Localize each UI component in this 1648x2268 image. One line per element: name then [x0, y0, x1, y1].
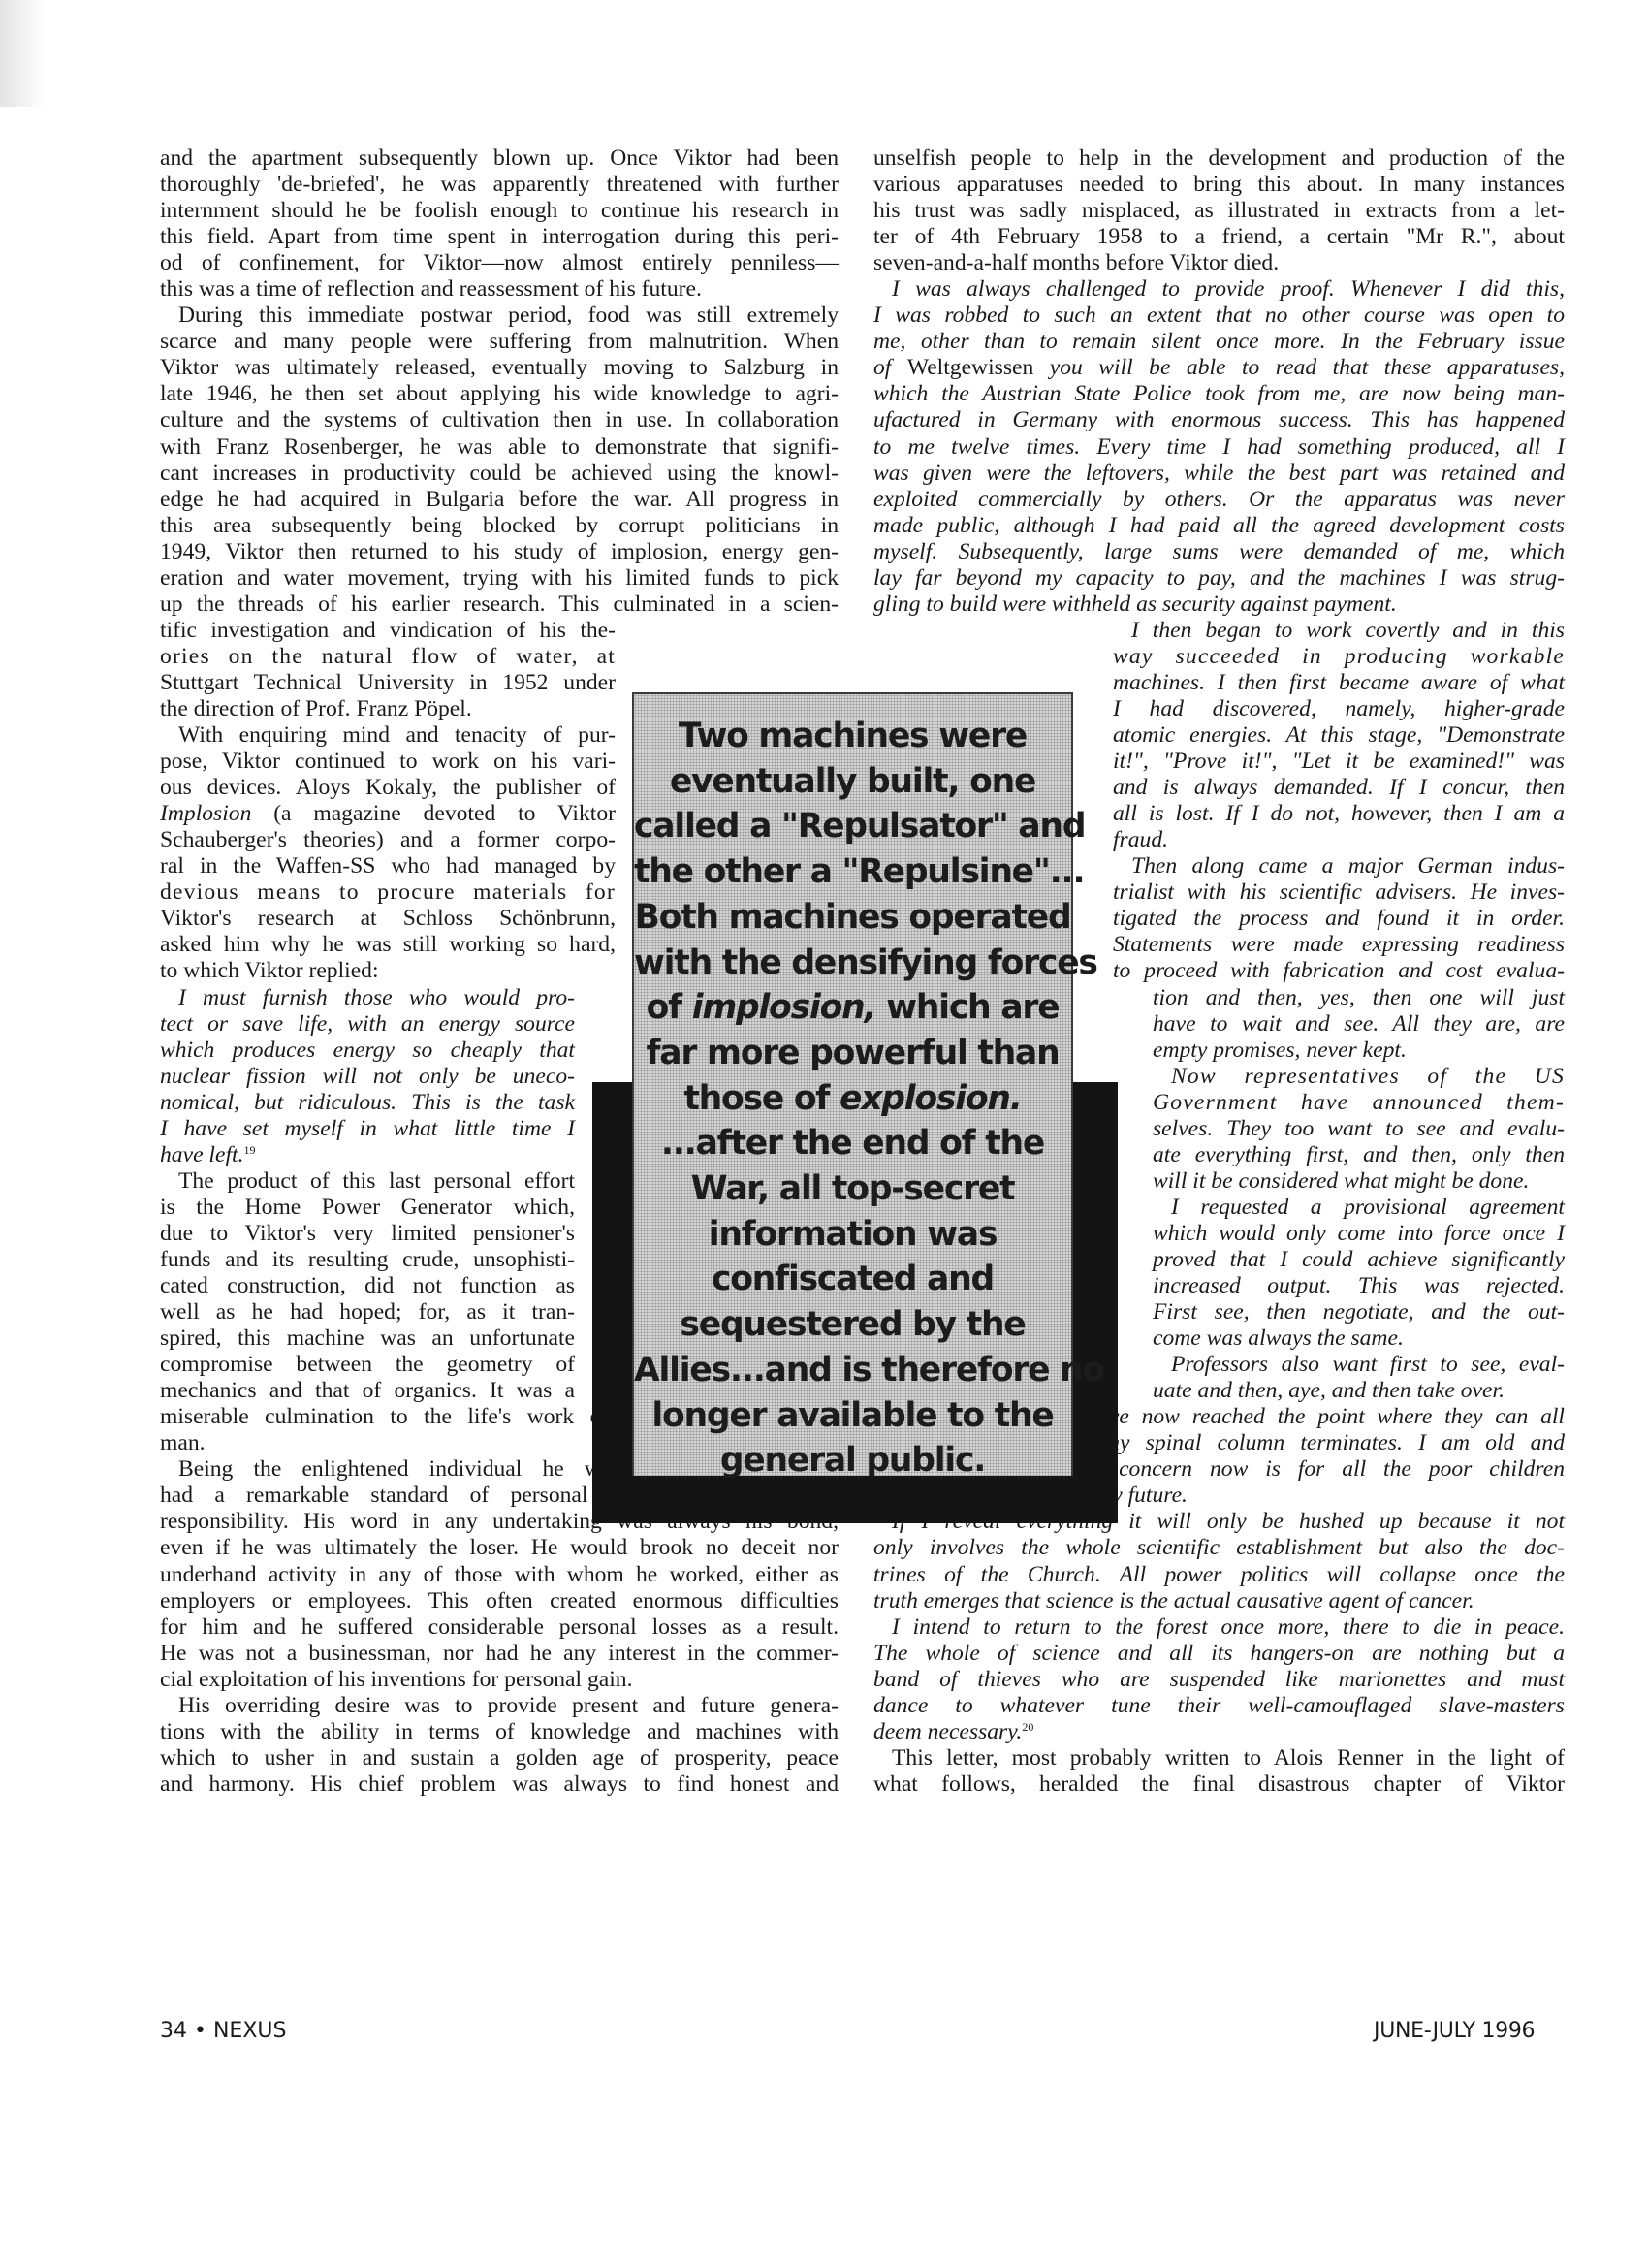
pull-quote-line: those of explosion. — [634, 1076, 1071, 1122]
text-line: due to Viktor's very limited pensioner's — [160, 1221, 575, 1247]
text-line: I had discovered, namely, higher-grade — [1113, 696, 1565, 722]
text-line: I requested a provisional agreement — [1153, 1195, 1565, 1221]
text-line: of Weltgewissen you will be able to read… — [873, 355, 1565, 381]
pull-quote-text: Two machines were eventually built, one … — [634, 714, 1071, 1484]
text-line: I then began to work covertly and in thi… — [1113, 618, 1565, 644]
magazine-title-weltgewissen: Weltgewissen — [907, 355, 1033, 380]
text-line: The product of this last personal effort — [160, 1168, 575, 1195]
text-line: various apparatuses needed to bring this… — [873, 172, 1565, 198]
text-line: unselfish people to help in the developm… — [873, 145, 1565, 172]
text-line: Viktor's research at Schloss Schönbrunn, — [160, 906, 616, 932]
text-line: will it be considered what might be done… — [1153, 1168, 1565, 1195]
text-line: mechanics and that of organics. It was a — [160, 1378, 575, 1404]
text-line: tion and then, yes, then one will just — [1153, 985, 1565, 1011]
text-line: well as he had hoped; for, as it tran- — [160, 1299, 575, 1326]
text-line: trialist with his scientific advisers. H… — [1113, 879, 1565, 906]
text-line: ories on the natural flow of water, at — [160, 644, 616, 670]
pull-quote-line: sequestered by the — [634, 1302, 1071, 1348]
text-line: fraud. — [1113, 827, 1565, 853]
pull-quote-line: the other a "Repulsine"... — [634, 849, 1071, 895]
text-line: internment should he be foolish enough t… — [160, 198, 839, 224]
text-line: it!", "Prove it!", "Let it be examined!"… — [1113, 749, 1565, 775]
text-line: eration and water movement, trying with … — [160, 565, 839, 591]
text-line: Government have announced them- — [1153, 1090, 1565, 1116]
text-line: edge he had acquired in Bulgaria before … — [160, 487, 839, 513]
text-line: cial exploitation of his inventions for … — [160, 1667, 839, 1693]
text-line: Now representatives of the US — [1153, 1064, 1565, 1090]
pull-quote-line: Two machines were — [634, 714, 1071, 759]
text-line: Implosion (a magazine devoted to Viktor — [160, 801, 616, 827]
text-line: even if he was ultimately the loser. He … — [160, 1535, 839, 1561]
pull-quote-line: Allies...and is therefore no — [634, 1348, 1071, 1393]
text-line: for him and he suffered considerable per… — [160, 1614, 839, 1641]
text-line: is the Home Power Generator which, — [160, 1195, 575, 1221]
text-line: empty promises, never kept. — [1153, 1038, 1565, 1064]
magazine-page: and the apartment subsequently blown up.… — [0, 0, 1648, 2268]
text-line: I was robbed to such an extent that no o… — [873, 303, 1565, 329]
text-line: Statements were made expressing readines… — [1113, 932, 1565, 958]
pull-quote-line: far more powerful than — [634, 1031, 1071, 1076]
text-line: all is lost. If I do not, however, then … — [1113, 801, 1565, 827]
text-line: have left.19 — [160, 1142, 575, 1168]
text-line: I intend to return to the forest once mo… — [873, 1614, 1565, 1641]
text-line: truth emerges that science is the actual… — [873, 1588, 1565, 1614]
text-line: Schauberger's theories) and a former cor… — [160, 827, 616, 853]
text-line: this field. Apart from time spent in int… — [160, 224, 839, 250]
text-line: culture and the systems of cultivation t… — [160, 407, 839, 433]
text-line: spired, this machine was an unfortunate — [160, 1326, 575, 1352]
text-line: dance to whatever tune their well-camouf… — [873, 1693, 1565, 1719]
text-line: and is always demanded. If I concur, the… — [1113, 775, 1565, 801]
text-line: ous devices. Aloys Kokaly, the publisher… — [160, 775, 616, 801]
text-line: nomical, but ridiculous. This is the tas… — [160, 1090, 575, 1116]
text-line: ate everything first, and then, only the… — [1153, 1142, 1565, 1168]
text-line: gling to build were withheld as security… — [873, 591, 1565, 618]
text-line: to which Viktor replied: — [160, 958, 616, 984]
text-line: lay far beyond my capacity to pay, and t… — [873, 565, 1565, 591]
text-line: He was not a businessman, nor had he any… — [160, 1641, 839, 1667]
magazine-title-implosion: Implosion — [160, 801, 251, 826]
text-line: This letter, most probably written to Al… — [873, 1745, 1565, 1772]
text-line: what follows, heralded the final disastr… — [873, 1772, 1565, 1798]
pull-quote-line: with the densifying forces — [634, 941, 1071, 986]
text-line: scarce and many people were suffering fr… — [160, 329, 839, 355]
text-line: the direction of Prof. Franz Pöpel. — [160, 696, 616, 722]
text-line: During this immediate postwar period, fo… — [160, 303, 839, 329]
text-line: tific investigation and vindication of h… — [160, 618, 616, 644]
text-line: Then along came a major German indus- — [1113, 853, 1565, 879]
text-line: which the Austrian State Police took fro… — [873, 381, 1565, 407]
pull-quote-line: War, all top-secret — [634, 1166, 1071, 1212]
text-line: up the threads of his earlier research. … — [160, 591, 839, 618]
issue-date: JUNE-JULY 1996 — [1374, 2019, 1535, 2043]
text-line: was given were the leftovers, while the … — [873, 461, 1565, 487]
text-line: od of confinement, for Viktor—now almost… — [160, 250, 839, 276]
text-line: which to usher in and sustain a golden a… — [160, 1745, 839, 1772]
text-line: machines. I then first became aware of w… — [1113, 670, 1565, 696]
text-line: come was always the same. — [1153, 1326, 1565, 1352]
text-line: thoroughly 'de-briefed', he was apparent… — [160, 172, 839, 198]
pull-quote-line: called a "Repulsator" and — [634, 804, 1071, 849]
text-line: this was a time of reflection and reasse… — [160, 276, 839, 303]
text-line: proved that I could achieve significantl… — [1153, 1247, 1565, 1273]
pull-quote-line: ...after the end of the — [634, 1121, 1071, 1166]
text-line: ter of 4th February 1958 to a friend, a … — [873, 224, 1565, 250]
pull-quote-line: eventually built, one — [634, 759, 1071, 805]
text-line: devious means to procure materials for — [160, 879, 616, 906]
text-line: this area subsequently being blocked by … — [160, 513, 839, 539]
text-line: compromise between the geometry of — [160, 1352, 575, 1378]
text-line: which would only come into force once I — [1153, 1221, 1565, 1247]
pull-quote-line: Both machines operated — [634, 895, 1071, 941]
text-line: to me twelve times. Every time I had som… — [873, 434, 1565, 461]
scan-edge-artifact — [0, 0, 44, 107]
text-line: and harmony. His chief problem was alway… — [160, 1772, 839, 1798]
text-line: his trust was sadly misplaced, as illust… — [873, 198, 1565, 224]
text-line: cated construction, did not function as — [160, 1273, 575, 1299]
text-line: First see, then negotiate, and the out- — [1153, 1299, 1565, 1326]
text-line: made public, although I had paid all the… — [873, 513, 1565, 539]
text-line: funds and its resulting crude, unsophist… — [160, 1247, 575, 1273]
text-line: underhand activity in any of those with … — [160, 1562, 839, 1588]
text-line: which produces energy so cheaply that — [160, 1038, 575, 1064]
pull-quote-line: information was — [634, 1212, 1071, 1258]
text-line: atomic energies. At this stage, "Demonst… — [1113, 722, 1565, 749]
text-line: 1949, Viktor then returned to his study … — [160, 539, 839, 565]
text-line: me, other than to remain silent once mor… — [873, 329, 1565, 355]
text-line: band of thieves who are suspended like m… — [873, 1667, 1565, 1693]
footnote-marker: 19 — [243, 1143, 255, 1157]
block-quote-viktor: I must furnish those who would pro- tect… — [160, 985, 575, 1168]
text-line: and the apartment subsequently blown up.… — [160, 145, 839, 172]
text-line: uate and then, aye, and then take over. — [1153, 1378, 1565, 1404]
text-line: selves. They too want to see and evalu- — [1153, 1116, 1565, 1142]
text-line: pose, Viktor continued to work on his va… — [160, 749, 616, 775]
text-line: exploited commercially by others. Or the… — [873, 487, 1565, 513]
text-line: I must furnish those who would pro- — [160, 985, 575, 1011]
text-line: Professors also want first to see, eval- — [1153, 1352, 1565, 1378]
text-line: nuclear fission will not only be uneco- — [160, 1064, 575, 1090]
text-line: increased output. This was rejected. — [1153, 1273, 1565, 1299]
pull-quote-line: confiscated and — [634, 1257, 1071, 1302]
text-line: Stuttgart Technical University in 1952 u… — [160, 670, 616, 696]
text-line: to proceed with fabrication and cost eva… — [1113, 958, 1565, 984]
page-number-publication: 34 • NEXUS — [160, 2019, 286, 2043]
text-line: seven-and-a-half months before Viktor di… — [873, 250, 1565, 276]
text-line: with Franz Rosenberger, he was able to d… — [160, 434, 839, 461]
text-line: ral in the Waffen-SS who had managed by — [160, 853, 616, 879]
text-line: The whole of science and all its hangers… — [873, 1641, 1565, 1667]
text-line: only involves the whole scientific estab… — [873, 1535, 1565, 1561]
text-line: asked him why he was still working so ha… — [160, 932, 616, 958]
text-line: employers or employees. This often creat… — [160, 1588, 839, 1614]
pull-quote-box: Two machines were eventually built, one … — [632, 692, 1073, 1476]
text-line: late 1946, he then set about applying hi… — [160, 381, 839, 407]
text-line: I have set myself in what little time I — [160, 1116, 575, 1142]
text-line: I was always challenged to provide proof… — [873, 276, 1565, 303]
text-line: His overriding desire was to provide pre… — [160, 1693, 839, 1719]
text-line: ufactured in Germany with enormous succe… — [873, 407, 1565, 433]
text-line: myself. Subsequently, large sums were de… — [873, 539, 1565, 565]
text-line: tigated the process and found it in orde… — [1113, 906, 1565, 932]
text-line: have to wait and see. All they are, are — [1153, 1011, 1565, 1038]
text-line: Viktor was ultimately released, eventual… — [160, 355, 839, 381]
text-line: With enquiring mind and tenacity of pur- — [160, 722, 616, 749]
footnote-marker: 20 — [1022, 1720, 1033, 1734]
text-line: trines of the Church. All power politics… — [873, 1562, 1565, 1588]
text-line: cant increases in productivity could be … — [160, 461, 839, 487]
text-line: way succeeded in producing workable — [1113, 644, 1565, 670]
pull-quote-line: longer available to the — [634, 1393, 1071, 1439]
text-line: tions with the ability in terms of knowl… — [160, 1719, 839, 1745]
text-line: tect or save life, with an energy source — [160, 1011, 575, 1038]
pull-quote-line: general public. — [634, 1438, 1071, 1484]
pull-quote-line: of implosion, which are — [634, 985, 1071, 1031]
text-line: deem necessary.20 — [873, 1719, 1565, 1745]
